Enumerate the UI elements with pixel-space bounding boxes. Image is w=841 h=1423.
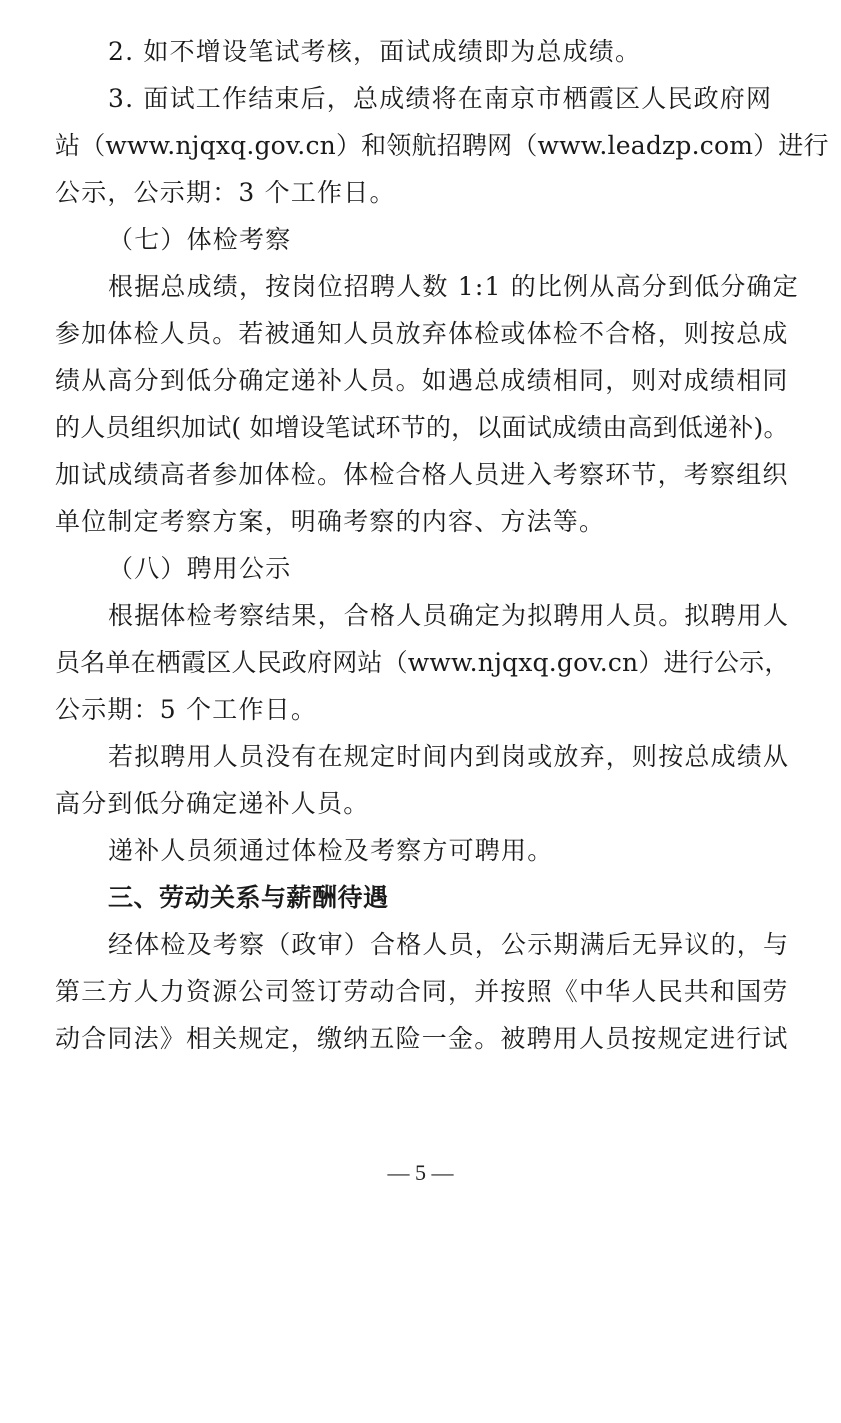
replacement-requirement-line: 递补人员须通过体检及考察方可聘用。	[55, 827, 797, 874]
labor-relations-line-1: 经体检及考察（政审）合格人员，公示期满后无异议的，与	[55, 921, 797, 968]
labor-relations-line-2: 第三方人力资源公司签订劳动合同，并按照《中华人民共和国劳	[55, 968, 797, 1015]
section-heading-physical-exam: （七）体检考察	[55, 216, 797, 263]
replacement-line-2: 高分到低分确定递补人员。	[55, 780, 797, 827]
document-page: 2. 如不增设笔试考核，面试成绩即为总成绩。 3. 面试工作结束后，总成绩将在南…	[55, 28, 797, 1062]
section-heading-labor-relations: 三、劳动关系与薪酬待遇	[55, 874, 797, 921]
physical-exam-line-4: 的人员组织加试( 如增设笔试环节的，以面试成绩由高到低递补)。	[55, 404, 797, 451]
physical-exam-line-1: 根据总成绩，按岗位招聘人数 1:1 的比例从高分到低分确定	[55, 263, 797, 310]
hiring-notice-line-1: 根据体检考察结果，合格人员确定为拟聘用人员。拟聘用人	[55, 592, 797, 639]
physical-exam-line-5: 加试成绩高者参加体检。体检合格人员进入考察环节，考察组织	[55, 451, 797, 498]
physical-exam-line-3: 绩从高分到低分确定递补人员。如遇总成绩相同，则对成绩相同	[55, 357, 797, 404]
hiring-notice-line-3: 公示期：5 个工作日。	[55, 686, 797, 733]
hiring-notice-line-2: 员名单在栖霞区人民政府网站（www.njqxq.gov.cn）进行公示，	[55, 639, 797, 686]
replacement-line-1: 若拟聘用人员没有在规定时间内到岗或放弃，则按总成绩从	[55, 733, 797, 780]
item-3-line-1: 3. 面试工作结束后，总成绩将在南京市栖霞区人民政府网	[55, 75, 797, 122]
physical-exam-line-2: 参加体检人员。若被通知人员放弃体检或体检不合格，则按总成	[55, 310, 797, 357]
labor-relations-line-3: 动合同法》相关规定，缴纳五险一金。被聘用人员按规定进行试	[55, 1015, 797, 1062]
item-3-line-3: 公示，公示期：3 个工作日。	[55, 169, 797, 216]
item-3-line-2: 站（www.njqxq.gov.cn）和领航招聘网（www.leadzp.com…	[55, 122, 797, 169]
physical-exam-line-6: 单位制定考察方案，明确考察的内容、方法等。	[55, 498, 797, 545]
page-number: — 5 —	[0, 1160, 841, 1186]
item-2-line: 2. 如不增设笔试考核，面试成绩即为总成绩。	[55, 28, 797, 75]
section-heading-hiring-notice: （八）聘用公示	[55, 545, 797, 592]
